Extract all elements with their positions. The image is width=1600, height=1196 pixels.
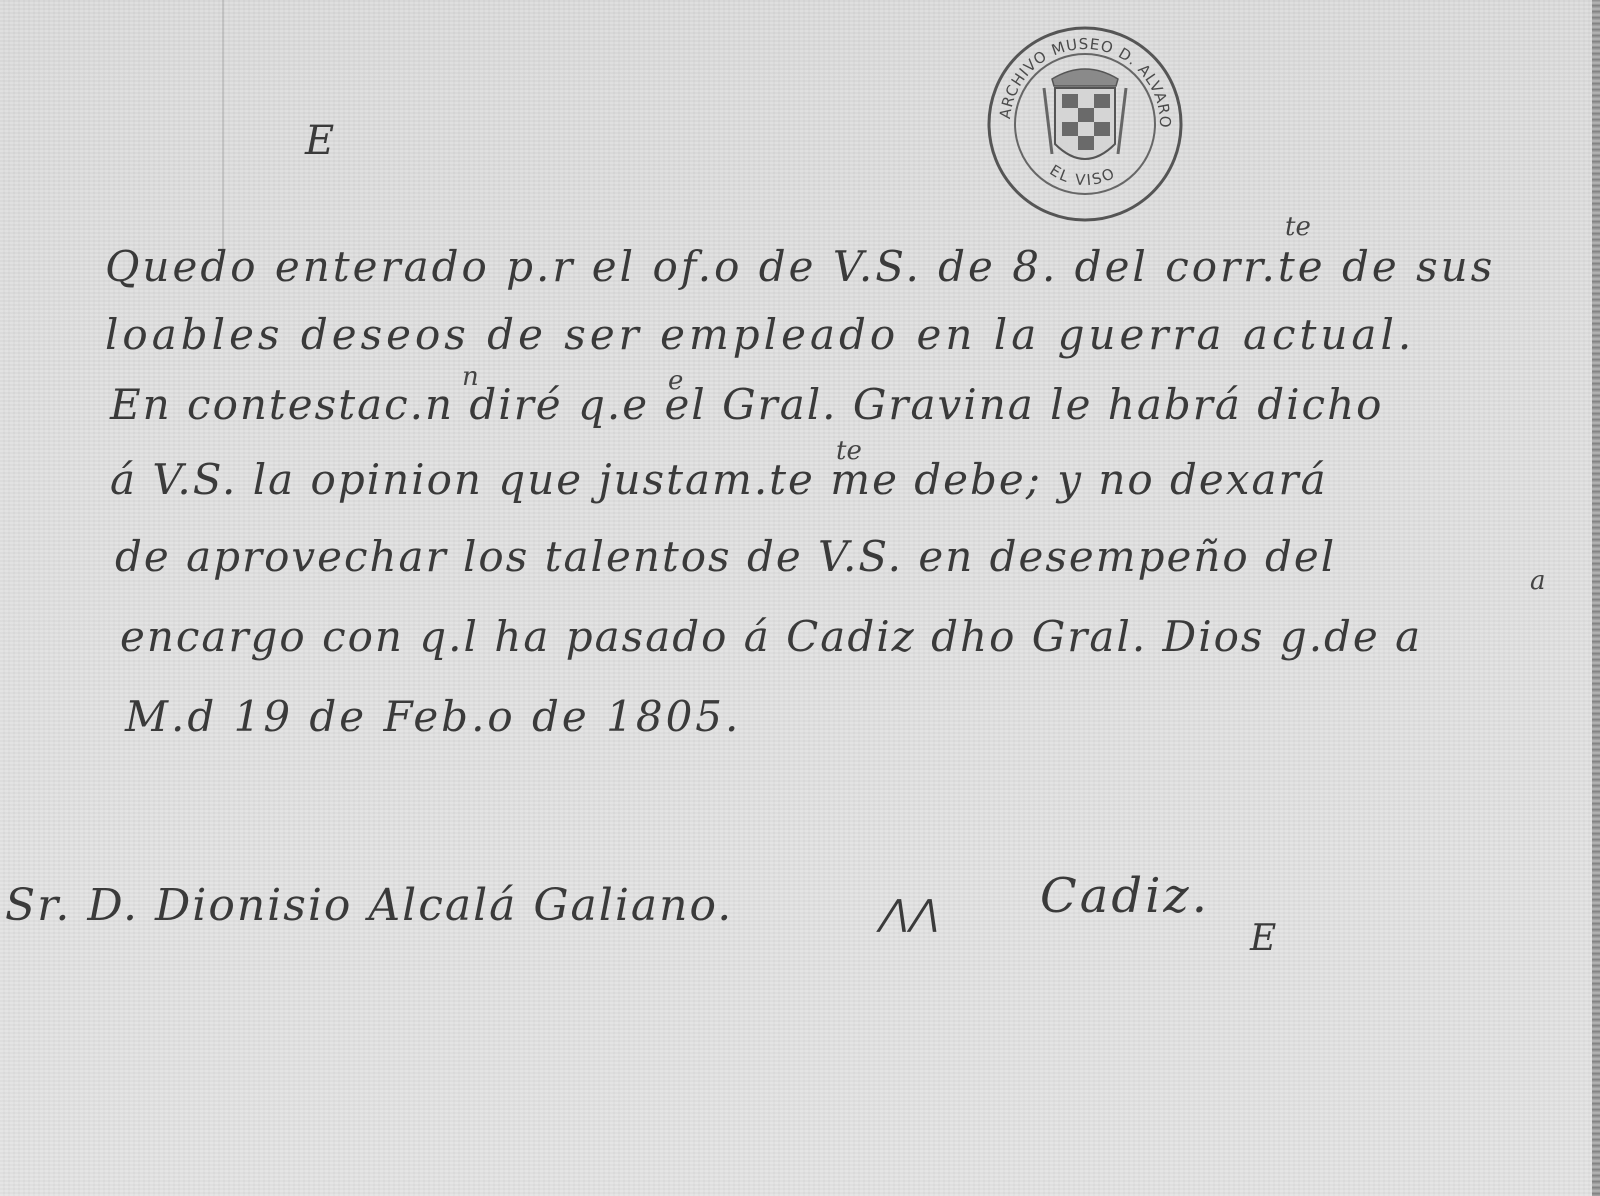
paper-edge [1592,0,1600,1196]
seal-bottom-text: EL VISO [1046,161,1118,189]
superscript-justam: te [836,436,862,466]
archive-seal: ARCHIVO MUSEO D. ALVARO DE BAZAN EL VISO [980,24,1190,224]
rubric-mark: ⋀⋀ [878,893,939,934]
superscript-contestac: n [462,362,479,392]
superscript-q: e [668,366,683,396]
addressee: Sr. D. Dionisio Alcalá Galiano. [5,880,733,931]
header-mark: E [305,118,335,164]
paper-sheet [0,0,1592,1196]
seal-icon: ARCHIVO MUSEO D. ALVARO DE BAZAN EL VISO [980,24,1190,224]
body-line-3: En contestac.n diré q.e el Gral. Gravina… [110,380,1383,429]
body-line-1: Quedo enterado p.r el of.o de V.S. de 8.… [105,242,1495,291]
svg-text:EL VISO: EL VISO [1046,161,1118,189]
body-line-2: loables deseos de ser empleado en la gue… [105,310,1415,359]
date-line: M.d 19 de Feb.o de 1805. [125,692,741,741]
superscript-corr: te [1285,212,1311,242]
body-line-6: encargo con q.l ha pasado á Cadiz dho Gr… [120,612,1422,661]
coat-of-arms-icon [1044,69,1126,159]
body-line-4: á V.S. la opinion que justam.te me debe;… [110,455,1328,504]
superscript-guarde: a [1530,566,1546,596]
end-mark: E [1250,918,1277,959]
body-line-5: de aprovechar los talentos de V.S. en de… [115,532,1336,581]
place-name: Cadiz. [1040,868,1210,924]
paper-crease [222,0,224,260]
